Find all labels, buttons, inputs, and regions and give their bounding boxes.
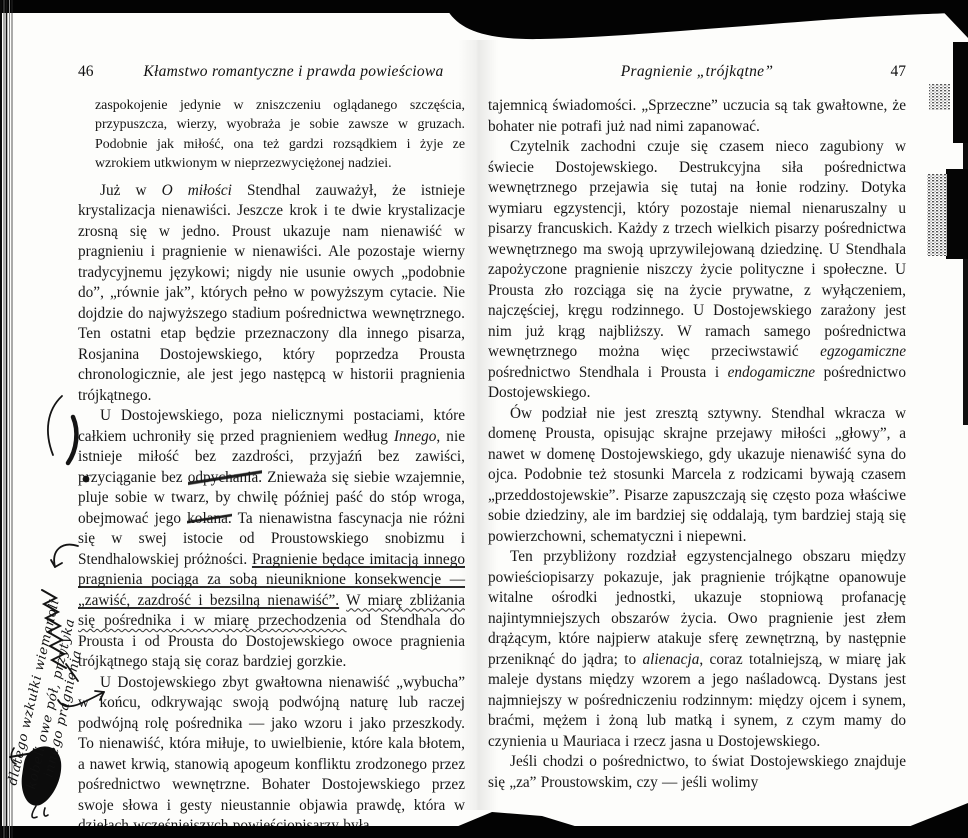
right-page-body: tajemnicą świadomości. „Sprzeczne” uczuc… <box>488 96 906 793</box>
margin-dart-shaft <box>10 753 33 757</box>
right-page-header: Pragnienie „trójkątne” 47 <box>488 63 906 81</box>
scanned-book-spread: 46 Kłamstwo romantyczne i prawda powieśc… <box>0 0 968 838</box>
left-running-title: Kłamstwo romantyczne i prawda powieściow… <box>122 63 465 81</box>
margin-dart-head <box>32 748 45 758</box>
text-segment-pen-marked: egzogamiczne <box>820 343 906 360</box>
paragraph: Ten przybliżony rozdział egzystencjalneg… <box>488 547 906 752</box>
page-right: Pragnienie „trójkątne” 47 tajemnicą świa… <box>488 63 906 793</box>
handwritten-note-line-2: kobeli owe pół, przytyka <box>24 617 78 791</box>
page-left: 46 Kłamstwo romantyczne i prawda powieśc… <box>78 63 465 837</box>
paragraph: U Dostojewskiego zbyt gwałtowna nienawiś… <box>78 673 465 837</box>
margin-comma-stroke <box>68 417 76 463</box>
paragraph: Jeśli chodzi o pośrednictwo, to świat Do… <box>488 752 906 793</box>
margin-arrow-hook <box>54 545 78 567</box>
margin-tick <box>66 664 78 681</box>
paragraph: tajemnicą świadomości. „Sprzeczne” uczuc… <box>488 96 906 137</box>
book-spine-lines <box>1 0 12 838</box>
right-page-number: 47 <box>862 63 906 81</box>
paragraph: Czytelnik zachodni czuje się czasem niec… <box>488 137 906 404</box>
handwritten-note-line-1: dlatego wzkułki wiemanoli <box>5 598 62 787</box>
margin-hatch-squiggle <box>42 590 66 668</box>
handwritten-note: dlatego wzkułki wiemanoli kobeli owe pół… <box>5 598 85 791</box>
margin-ink-blob <box>22 746 62 805</box>
block-quote: zaspokojenie jedynie w zniszczeniu ogląd… <box>78 96 465 174</box>
paragraph: Ów podział nie jest zresztą sztywny. Ste… <box>488 404 906 548</box>
margin-bracket-stroke <box>48 396 62 455</box>
text-segment-pen-marked: O miłości <box>162 182 232 199</box>
text-segment: Jeśli chodzi o pośrednictwo, to świat Do… <box>488 753 906 791</box>
text-segment: U Dostojewskiego zbyt gwałtowna nienawiś… <box>78 674 465 835</box>
text-segment: Czytelnik zachodni czuje się czasem niec… <box>488 138 906 360</box>
text-segment-pen-marked: alienacja <box>642 651 699 668</box>
text-segment: Już w <box>100 182 162 199</box>
text-segment: pośrednictwo Stendhala i Prousta i <box>488 364 728 381</box>
text-segment: tajemnicą świadomości. „Sprzeczne” uczuc… <box>488 97 906 135</box>
text-segment-pen-marked: Innego <box>394 428 436 445</box>
text-segment-pen-marked: odpychania. <box>188 469 262 486</box>
paragraph: U Dostojewskiego, poza nielicznymi posta… <box>78 406 465 673</box>
left-page-number: 46 <box>78 63 122 81</box>
text-segment-pen-marked: kolana. <box>187 510 232 527</box>
scan-edge-top <box>0 0 968 39</box>
text-segment: Stendhal zauważył, że istnieje krystaliz… <box>78 182 465 404</box>
left-page-header: 46 Kłamstwo romantyczne i prawda powieśc… <box>78 63 465 81</box>
text-segment: Ów podział nie jest zresztą sztywny. Ste… <box>488 405 906 545</box>
text-segment-pen-marked: endogamiczne <box>728 364 816 381</box>
paragraph: Już w O miłości Stendhal zauważył, że is… <box>78 181 465 407</box>
right-running-title: Pragnienie „trójkątne” <box>532 63 862 81</box>
scan-edge-right <box>927 42 968 425</box>
left-page-body: Już w O miłości Stendhal zauważył, że is… <box>78 181 465 837</box>
